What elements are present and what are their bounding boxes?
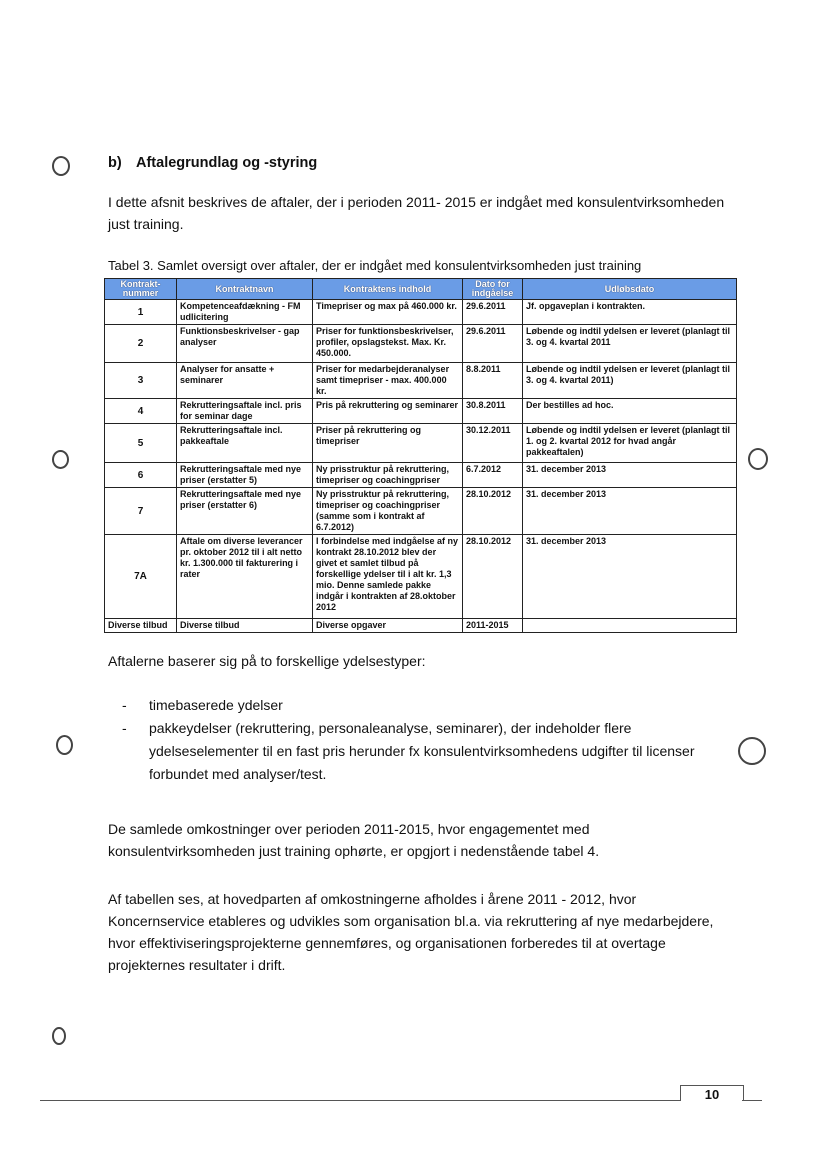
list-item: - timebaserede ydelser	[122, 694, 722, 717]
section-heading: b)Aftalegrundlag og -styring	[108, 155, 317, 171]
table-cell-nr: Diverse tilbud	[105, 619, 177, 633]
hole-punch-icon	[52, 450, 69, 469]
table-cell-content: Priser for funktionsbeskrivelser, profil…	[313, 325, 463, 363]
header-cell: Kontraktens indhold	[313, 279, 463, 300]
table-cell-expiry	[523, 619, 737, 633]
table-cell-date: 30.8.2011	[463, 399, 523, 424]
table-cell-name: Diverse tilbud	[177, 619, 313, 633]
table-cell-nr: 7	[105, 488, 177, 535]
types-intro: Aftalerne baserer sig på to forskellige …	[108, 650, 736, 672]
header-cell: Kontrakt-nummer	[105, 279, 177, 300]
table-cell-date: 8.8.2011	[463, 363, 523, 399]
table-cell-date: 6.7.2012	[463, 463, 523, 488]
main-paragraph: Af tabellen ses, at hovedparten af omkos…	[108, 888, 736, 976]
table-cell-expiry: Jf. opgaveplan i kontrakten.	[523, 300, 737, 325]
section-title: Aftalegrundlag og -styring	[136, 155, 317, 171]
table-cell-content: Ny prisstruktur på rekruttering, timepri…	[313, 463, 463, 488]
table-cell-name: Kompetenceafdækning - FM udlicitering	[177, 300, 313, 325]
table-row: 3Analyser for ansatte + seminarerPriser …	[105, 363, 737, 399]
table-cell-content: Priser for medarbejderanalyser samt time…	[313, 363, 463, 399]
table-cell-nr: 2	[105, 325, 177, 363]
table-row: 7AAftale om diverse leverancer pr. oktob…	[105, 535, 737, 619]
section-number: b)	[108, 155, 136, 171]
hole-punch-icon	[52, 1027, 66, 1045]
table-cell-date: 2011-2015	[463, 619, 523, 633]
footer-divider	[742, 1100, 762, 1101]
page-number: 10	[680, 1085, 744, 1101]
table-cell-expiry: 31. december 2013	[523, 488, 737, 535]
table-row: 6Rekrutteringsaftale med nye priser (ers…	[105, 463, 737, 488]
table-row: 1Kompetenceafdækning - FM udliciteringTi…	[105, 300, 737, 325]
table-cell-nr: 7A	[105, 535, 177, 619]
table-cell-expiry: Der bestilles ad hoc.	[523, 399, 737, 424]
table-cell-expiry: Løbende og indtil ydelsen er leveret (pl…	[523, 363, 737, 399]
footer-divider	[40, 1100, 680, 1101]
table-cell-content: I forbindelse med indgåelse af ny kontra…	[313, 535, 463, 619]
table-cell-date: 30.12.2011	[463, 424, 523, 463]
table-row: 5Rekrutteringsaftale incl. pakkeaftalePr…	[105, 424, 737, 463]
list-item-text: timebaserede ydelser	[149, 697, 283, 713]
bullet-marker: -	[122, 694, 127, 717]
table-row: 2Funktionsbeskrivelser - gap analyserPri…	[105, 325, 737, 363]
header-cell: Udløbsdato	[523, 279, 737, 300]
table-cell-name: Aftale om diverse leverancer pr. oktober…	[177, 535, 313, 619]
bullet-marker: -	[122, 717, 127, 740]
table-cell-content: Ny prisstruktur på rekruttering, timepri…	[313, 488, 463, 535]
table-cell-date: 29.6.2011	[463, 300, 523, 325]
table-cell-date: 28.10.2012	[463, 488, 523, 535]
bullet-list: - timebaserede ydelser - pakkeydelser (r…	[122, 694, 722, 786]
table-cell-content: Timepriser og max på 460.000 kr.	[313, 300, 463, 325]
table-cell-nr: 5	[105, 424, 177, 463]
table-row: 4Rekrutteringsaftale incl. pris for semi…	[105, 399, 737, 424]
hole-punch-icon	[56, 735, 73, 755]
table-cell-name: Funktionsbeskrivelser - gap analyser	[177, 325, 313, 363]
contracts-table: Kontrakt-nummer Kontraktnavn Kontraktens…	[104, 278, 737, 633]
table-cell-nr: 4	[105, 399, 177, 424]
list-item-text: pakkeydelser (rekruttering, personaleana…	[149, 720, 695, 782]
intro-paragraph: I dette afsnit beskrives de aftaler, der…	[108, 191, 736, 235]
table-cell-nr: 6	[105, 463, 177, 488]
table-cell-date: 29.6.2011	[463, 325, 523, 363]
hole-punch-icon	[52, 156, 70, 176]
table-cell-name: Rekrutteringsaftale med nye priser (erst…	[177, 463, 313, 488]
table-cell-expiry: Løbende og indtil ydelsen er leveret (pl…	[523, 424, 737, 463]
table-cell-content: Diverse opgaver	[313, 619, 463, 633]
table-cell-content: Pris på rekruttering og seminarer	[313, 399, 463, 424]
table-cell-expiry: Løbende og indtil ydelsen er leveret (pl…	[523, 325, 737, 363]
table-cell-expiry: 31. december 2013	[523, 535, 737, 619]
table-cell-name: Analyser for ansatte + seminarer	[177, 363, 313, 399]
header-cell: Dato for indgåelse	[463, 279, 523, 300]
table-cell-expiry: 31. december 2013	[523, 463, 737, 488]
table-cell-name: Rekrutteringsaftale med nye priser (erst…	[177, 488, 313, 535]
table-cell-name: Rekrutteringsaftale incl. pakkeaftale	[177, 424, 313, 463]
table-cell-nr: 1	[105, 300, 177, 325]
hole-punch-icon	[738, 737, 766, 765]
table-header-row: Kontrakt-nummer Kontraktnavn Kontraktens…	[105, 279, 737, 300]
list-item: - pakkeydelser (rekruttering, personalea…	[122, 717, 722, 786]
table-cell-date: 28.10.2012	[463, 535, 523, 619]
table-caption: Tabel 3. Samlet oversigt over aftaler, d…	[108, 258, 641, 273]
table-row: 7Rekrutteringsaftale med nye priser (ers…	[105, 488, 737, 535]
header-cell: Kontraktnavn	[177, 279, 313, 300]
table-cell-content: Priser på rekruttering og timepriser	[313, 424, 463, 463]
costs-paragraph: De samlede omkostninger over perioden 20…	[108, 818, 736, 862]
table-cell-nr: 3	[105, 363, 177, 399]
hole-punch-icon	[748, 448, 768, 470]
table-cell-name: Rekrutteringsaftale incl. pris for semin…	[177, 399, 313, 424]
table-row: Diverse tilbudDiverse tilbudDiverse opga…	[105, 619, 737, 633]
